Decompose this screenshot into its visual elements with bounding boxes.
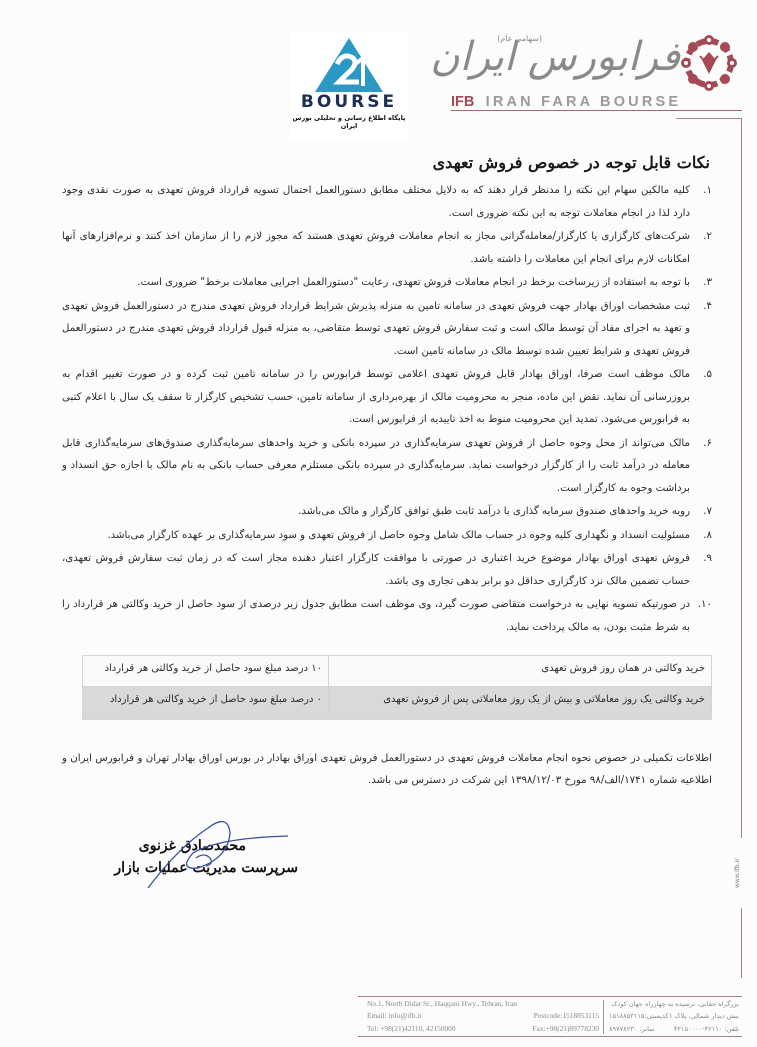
table-cell-condition: خرید وکالتی یک روز معاملاتی و بیش از یک … bbox=[329, 687, 712, 720]
ifb-name-en: IFB IRAN FARA BOURSE bbox=[451, 94, 743, 110]
signature-scribble-icon bbox=[138, 808, 298, 898]
ifb-mark: IFB bbox=[451, 94, 474, 110]
footer-postcode-fa: کدپستی:۱۵۱۸۸۵۳۱۱۵ bbox=[609, 1010, 668, 1022]
footer-tel-en: Tel: +98(21)42110, 42150000 bbox=[367, 1023, 456, 1035]
bourse24-logo: BOURSE پایگاه اطلاع رسانی و تحلیلی بورس … bbox=[290, 32, 408, 140]
footer-bottom-rule bbox=[358, 1036, 742, 1037]
bourse24-wordmark: BOURSE bbox=[290, 92, 408, 112]
page-title: نکات قابل توجه در خصوص فروش تعهدی bbox=[62, 150, 710, 176]
footer-address-fa-1: بزرگراه حقانی، نرسیده به چهارراه جهان کو… bbox=[611, 998, 739, 1010]
list-item: ۷.رویه خرید واحدهای صندوق سرمایه گذاری ب… bbox=[62, 501, 720, 524]
list-item: ۹.فروش تعهدی اوراق بهادار موضوع خرید اعت… bbox=[62, 548, 720, 593]
list-item: ۵.مالک موظف است صرفا، اوراق بهادار قابل … bbox=[62, 364, 720, 432]
document-body: نکات قابل توجه در خصوص فروش تعهدی ۱.کلیه… bbox=[62, 150, 720, 792]
list-item: ۸.مسئولیت انسداد و نگهداری کلیه وجوه در … bbox=[62, 525, 720, 548]
list-item: ۱.کلیه مالکین سهام این نکته را مدنظر قرا… bbox=[62, 180, 720, 225]
document-page: BOURSE پایگاه اطلاع رسانی و تحلیلی بورس … bbox=[0, 0, 757, 1047]
ifb-name-en-text: IRAN FARA BOURSE bbox=[486, 94, 682, 110]
header-divider bbox=[451, 110, 742, 111]
list-item: ۴.ثبت مشخصات اوراق بهادار جهت فروش تعهدی… bbox=[62, 296, 720, 364]
item-number: ۲. bbox=[692, 226, 712, 249]
item-text: با توجه به استفاده از زیرساخت برخط در ان… bbox=[62, 272, 690, 295]
list-item: ۶.مالک می‌تواند از محل وجوه حاصل از فروش… bbox=[62, 433, 720, 501]
item-number: ۳. bbox=[692, 272, 712, 295]
item-number: ۸. bbox=[692, 525, 712, 548]
extra-info-paragraph: اطلاعات تکمیلی در خصوص نحوه انجام معاملا… bbox=[62, 748, 720, 792]
footer-contact-fa: بزرگراه حقانی، نرسیده به چهارراه جهان کو… bbox=[609, 998, 739, 1035]
footer-top-rule bbox=[358, 996, 742, 997]
list-item: ۳.با توجه به استفاده از زیرساخت برخط در … bbox=[62, 272, 720, 295]
table-cell-rate: ۱۰ درصد مبلغ سود حاصل از خرید وکالتی هر … bbox=[83, 656, 329, 687]
side-url: www.ifb.ir bbox=[734, 838, 746, 908]
ifb-logo: (سهامی عام) فرابورس ایران bbox=[480, 28, 742, 98]
table-row: خرید وکالتی در همان روز فروش تعهدی ۱۰ در… bbox=[83, 656, 712, 687]
bourse24-tagline: پایگاه اطلاع رسانی و تحلیلی بورس ایران bbox=[290, 114, 408, 130]
footer-contact-en: No.1, North Didar St., Haqqani Hwy., Teh… bbox=[367, 998, 599, 1035]
footer-tel-fa: تلفن: ۴۲۱۱۰-۴۲۱۵۰۰۰۰ bbox=[674, 1023, 739, 1035]
item-text: مالک می‌تواند از محل وجوه حاصل از فروش ت… bbox=[62, 433, 690, 501]
footer-fax-fa: نمابر: ۸۹۷۷۸۲۳۰ bbox=[609, 1023, 655, 1035]
ifb-name-fa: فرابورس ایران bbox=[430, 34, 680, 80]
list-item: ۱۰.در صورتیکه تسویه نهایی به درخواست متق… bbox=[62, 594, 720, 639]
item-number: ۴. bbox=[692, 296, 712, 319]
item-text: مسئولیت انسداد و نگهداری کلیه وجوه در حس… bbox=[62, 525, 690, 548]
table-cell-condition: خرید وکالتی در همان روز فروش تعهدی bbox=[329, 656, 712, 687]
item-number: ۷. bbox=[692, 501, 712, 524]
ifb-emblem-icon bbox=[680, 34, 738, 92]
item-number: ۹. bbox=[692, 548, 712, 571]
item-text: رویه خرید واحدهای صندوق سرمایه گذاری با … bbox=[62, 501, 690, 524]
footer-fax-en: Fax:+98(21)89778230 bbox=[532, 1023, 599, 1035]
footer-contact: No.1, North Didar St., Haqqani Hwy., Teh… bbox=[365, 998, 741, 1036]
footer-separator bbox=[603, 1000, 604, 1034]
item-text: در صورتیکه تسویه نهایی به درخواست متقاضی… bbox=[62, 594, 690, 639]
item-number: ۵. bbox=[692, 364, 712, 387]
item-text: کلیه مالکین سهام این نکته را مدنظر قرار … bbox=[62, 180, 690, 225]
notes-list: ۱.کلیه مالکین سهام این نکته را مدنظر قرا… bbox=[62, 180, 720, 639]
item-text: مالک موظف است صرفا، اوراق بهادار قابل فر… bbox=[62, 364, 690, 432]
frame-top-rule bbox=[676, 118, 742, 119]
item-text: فروش تعهدی اوراق بهادار موضوع خرید اعتبا… bbox=[62, 548, 690, 593]
item-text: ثبت مشخصات اوراق بهادار جهت فروش تعهدی د… bbox=[62, 296, 690, 364]
footer-postcode-en: Postcode:1518853115 bbox=[534, 1010, 599, 1022]
footer-address-en: No.1, North Didar St., Haqqani Hwy., Teh… bbox=[367, 998, 517, 1010]
table-cell-rate: ۰ درصد مبلغ سود حاصل از خرید وکالتی هر ق… bbox=[83, 687, 329, 720]
list-item: ۲.شرکت‌های کارگزاری یا کارگزار/معامله‌گر… bbox=[62, 226, 720, 271]
item-number: ۱۰. bbox=[692, 594, 712, 617]
item-number: ۶. bbox=[692, 433, 712, 456]
settlement-rate-table: خرید وکالتی در همان روز فروش تعهدی ۱۰ در… bbox=[82, 655, 712, 720]
footer-address-fa-2: نبش دیدار شمالی، پلاک ۱ bbox=[669, 1010, 739, 1022]
triangle-24-icon bbox=[313, 36, 385, 94]
footer-email: Email: info@ifb.ir bbox=[367, 1010, 422, 1022]
item-text: شرکت‌های کارگزاری یا کارگزار/معامله‌گران… bbox=[62, 226, 690, 271]
item-number: ۱. bbox=[692, 180, 712, 203]
signature-block: محمدصادق غزنوی سرپرست مدیریت عملیات بازا… bbox=[98, 838, 298, 876]
table-row: خرید وکالتی یک روز معاملاتی و بیش از یک … bbox=[83, 687, 712, 720]
